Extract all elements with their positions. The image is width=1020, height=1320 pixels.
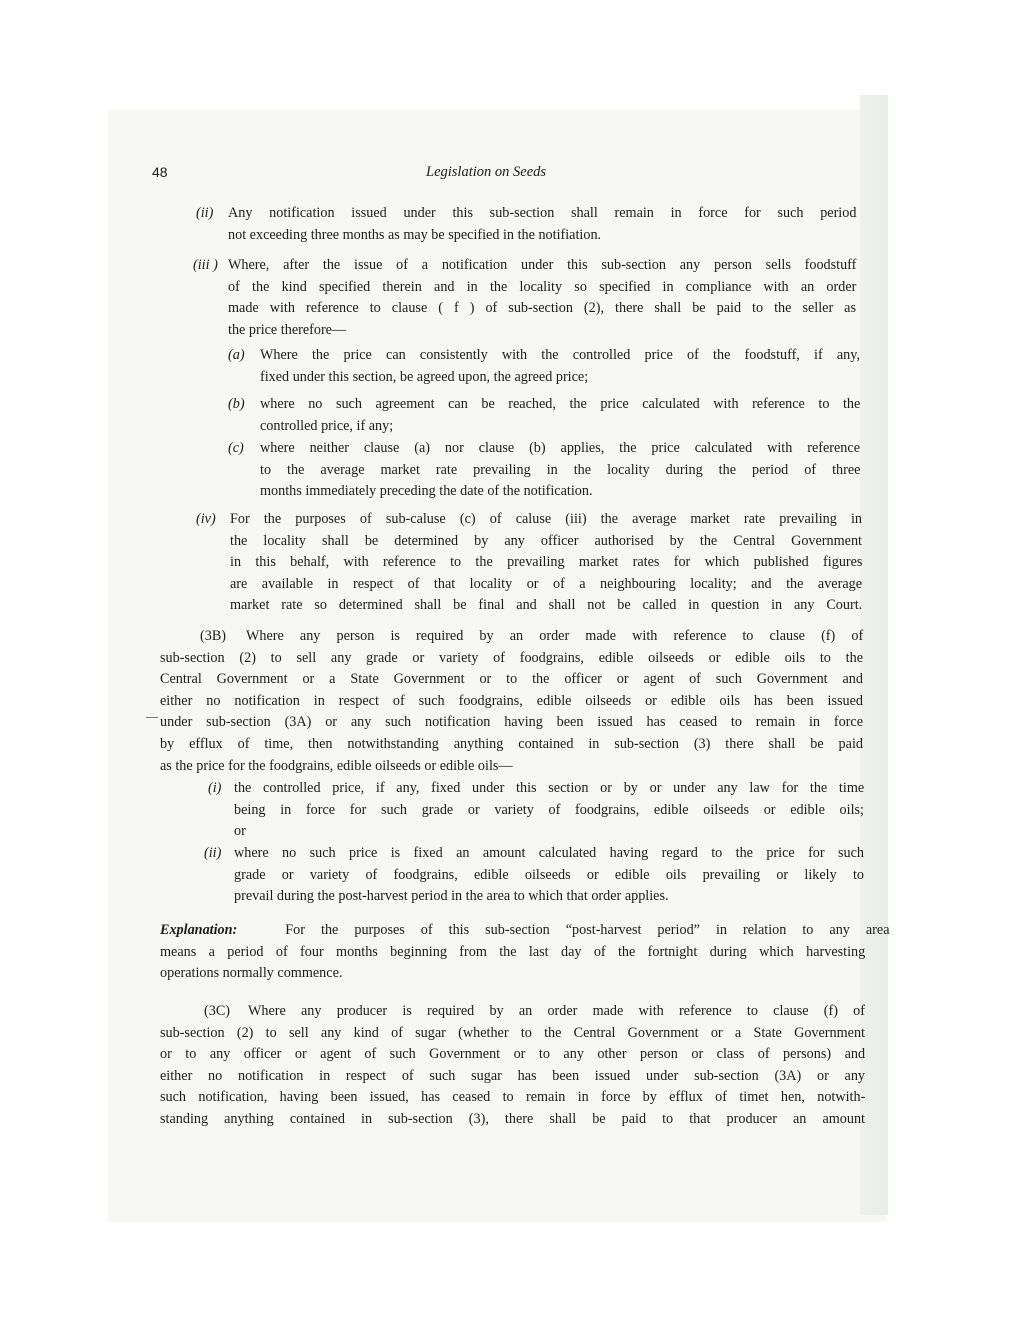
clause-ii-label: (ii) <box>196 203 213 225</box>
clause-ii-label-text: (ii) <box>196 205 213 221</box>
text-line: where no such price is fixed an amount c… <box>234 843 864 865</box>
item-i-label: (i) <box>208 778 221 800</box>
text-line: being in force for such grade or variety… <box>234 800 864 822</box>
text-line: standing anything contained in sub-secti… <box>160 1109 865 1131</box>
text-line: Any notification issued under this sub-s… <box>228 203 856 225</box>
item-i-label-text: (i) <box>208 780 221 796</box>
text-line: where no such agreement can be reached, … <box>260 394 860 416</box>
subclause-c-label-text: (c) <box>228 440 244 456</box>
item-i-text: the controlled price, if any, fixed unde… <box>234 778 864 843</box>
text-line: to the average market rate prevailing in… <box>260 460 860 482</box>
text-line: controlled price, if any; <box>260 416 860 438</box>
subclause-b-text: where no such agreement can be reached, … <box>260 394 860 437</box>
text-line: Where any producer is required by an ord… <box>248 1001 865 1023</box>
text-line: operations normally commence. <box>160 963 865 985</box>
text-line: are available in respect of that localit… <box>230 574 862 596</box>
clause-iii-label: (iii ) <box>193 255 218 277</box>
clause-iv-label-text: (iv) <box>196 511 216 527</box>
text-line: Where any person is required by an order… <box>246 626 863 648</box>
explanation-label: Explanation: <box>160 922 237 938</box>
item-ii-text: where no such price is fixed an amount c… <box>234 843 864 908</box>
scan-mark <box>146 717 158 718</box>
text-line: the price therefore— <box>228 320 856 342</box>
item-ii-label-text: (ii) <box>204 845 221 861</box>
clause-ii-text: Any notification issued under this sub-s… <box>228 203 856 246</box>
text-line: under sub-section (3A) or any such notif… <box>160 712 863 734</box>
subclause-c-text: where neither clause (a) nor clause (b) … <box>260 438 860 503</box>
text-line: the controlled price, if any, fixed unde… <box>234 778 864 800</box>
explanation-text: Explanation: For the purposes of this su… <box>160 920 865 985</box>
text-line: made with reference to clause ( f ) of s… <box>228 298 856 320</box>
text-line: Where the price can consistently with th… <box>260 345 860 367</box>
text-line: of the kind specified therein and in the… <box>228 277 856 299</box>
text-line: in this behalf, with reference to the pr… <box>230 552 862 574</box>
clause-iv-text: For the purposes of sub-caluse (c) of ca… <box>230 509 862 617</box>
text-line: such notification, having been issued, h… <box>160 1087 865 1109</box>
subclause-b-label-text: (b) <box>228 396 245 412</box>
item-ii-label: (ii) <box>204 843 221 865</box>
text-line: grade or variety of foodgrains, edible o… <box>234 865 864 887</box>
subclause-b-label: (b) <box>228 394 245 416</box>
clause-iii-label-text: (iii ) <box>193 257 218 273</box>
page-number: 48 <box>152 164 168 180</box>
section-3c-text: Where any producer is required by an ord… <box>160 1001 865 1131</box>
text-line: by efflux of time, then notwithstanding … <box>160 734 863 756</box>
text-line: sub-section (2) to sell any kind of suga… <box>160 1023 865 1045</box>
text-line: where neither clause (a) nor clause (b) … <box>260 438 860 460</box>
text-line: sub-section (2) to sell any grade or var… <box>160 648 863 670</box>
subclause-a-label: (a) <box>228 345 245 367</box>
text-line: Where, after the issue of a notification… <box>228 255 856 277</box>
text-line: fixed under this section, be agreed upon… <box>260 367 860 389</box>
text-line: or <box>234 821 864 843</box>
text-line: market rate so determined shall be final… <box>230 595 862 617</box>
subclause-a-text: Where the price can consistently with th… <box>260 345 860 388</box>
text-line: or to any officer or agent of such Gover… <box>160 1044 865 1066</box>
section-3b-text: Where any person is required by an order… <box>160 626 863 777</box>
text-line: For the purposes of sub-caluse (c) of ca… <box>230 509 862 531</box>
text-line: as the price for the foodgrains, edible … <box>160 756 863 778</box>
text-line: months immediately preceding the date of… <box>260 481 860 503</box>
text-line: the locality shall be determined by any … <box>230 531 862 553</box>
text-line: For the purposes of this sub-section “po… <box>285 922 889 938</box>
text-line: not exceeding three months as may be spe… <box>228 225 856 247</box>
clause-iii-text: Where, after the issue of a notification… <box>228 255 856 341</box>
text-line: Central Government or a State Government… <box>160 669 863 691</box>
text-line: either no notification in respect of suc… <box>160 1066 865 1088</box>
text-line: means a period of four months beginning … <box>160 942 865 964</box>
clause-iv-label: (iv) <box>196 509 216 531</box>
subclause-a-label-text: (a) <box>228 347 245 363</box>
subclause-c-label: (c) <box>228 438 244 460</box>
running-title: Legislation on Seeds <box>426 164 546 181</box>
text-line: prevail during the post-harvest period i… <box>234 886 864 908</box>
text-line: either no notification in respect of suc… <box>160 691 863 713</box>
